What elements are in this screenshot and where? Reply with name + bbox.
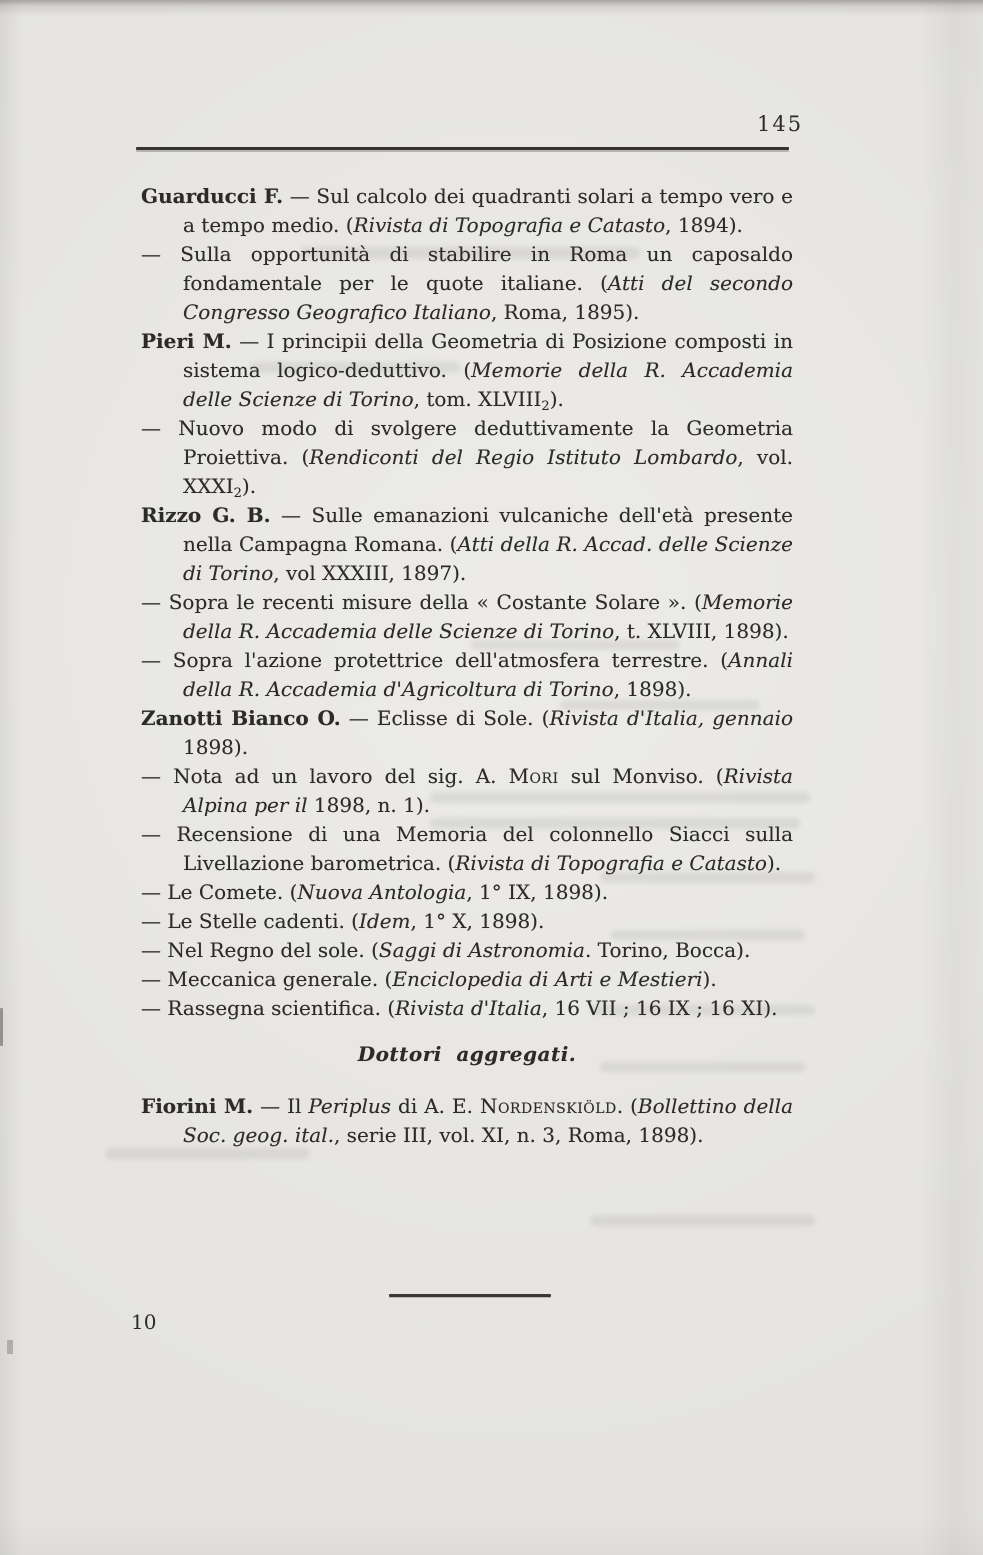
bibliography-entry: — Nel Regno del sole. (Saggi di Astronom… [141,936,793,965]
work-title: Rivista di Topografia e Catasto [455,851,767,875]
entry-text: ). [550,387,564,411]
header-rule [136,147,789,150]
bleed-through-artifact [590,1215,815,1226]
subscript-number: 2 [541,399,549,414]
entry-text: — Meccanica generale. ( [141,967,392,991]
entry-text: , vol XXXIII, 1897). [273,561,466,585]
scanned-page: 145 Guarducci F. — Sul calcolo dei quadr… [0,0,983,1555]
bibliography-entry: Rizzo G. B. — Sulle emanazioni vulcanich… [141,501,793,588]
bibliography-entry: — Recensione di una Memoria del colonnel… [141,820,793,878]
bibliography-entry: — Nota ad un lavoro del sig. A. Mori sul… [141,762,793,820]
subscript-number: 2 [234,486,242,501]
text-column: Guarducci F. — Sul calcolo dei quadranti… [141,182,793,1150]
entry-text: , 1° X, 1898). [411,909,545,933]
entry-text: , 16 VII ; 16 IX ; 16 XI). [542,996,778,1020]
author-name: Zanotti Bianco O. [141,706,341,730]
bibliography-entry: Guarducci F. — Sul calcolo dei quadranti… [141,182,793,240]
entry-text: 1898). [183,735,248,759]
entry-text: . Torino, Bocca). [585,938,750,962]
author-name: Guarducci F. [141,184,283,208]
entry-text: , Roma, 1895). [491,300,639,324]
work-title: Rivista d'Italia [395,996,542,1020]
bibliography-entry: — Rassegna scientifica. (Rivista d'Itali… [141,994,793,1023]
entry-text: , 1894). [665,213,743,237]
work-title: Saggi di Astronomia [379,938,585,962]
entry-text: — Sopra l'azione protettrice dell'atmosf… [141,648,728,672]
bibliography-entry: Zanotti Bianco O. — Eclisse di Sole. (Ri… [141,704,793,762]
entry-text: ). [242,474,256,498]
entry-text: , t. XLVIII, 1898). [614,619,789,643]
entry-text: 1898, n. 1). [308,793,430,817]
person-name-smallcaps: Mori [509,764,559,788]
entry-text: — Le Comete. ( [141,880,297,904]
work-title: Rivista d'Italia, gennaio [549,706,793,730]
entry-text: ). [703,967,717,991]
entry-text: sul Monviso. ( [559,764,724,788]
page-number: 145 [757,112,803,136]
work-title: Idem [359,909,411,933]
section-heading: Dottori aggregati. [141,1040,793,1069]
entry-text: di A. E. [391,1094,480,1118]
entry-text: , 1° IX, 1898). [466,880,608,904]
work-title: Periplus [308,1094,391,1118]
work-title: Nuova Antologia [297,880,466,904]
entry-text: — Eclisse di Sole. ( [341,706,550,730]
work-title: Rendiconti del Regio Istituto Lombardo [309,445,737,469]
bibliography-entry: Pieri M. — I principii della Geometria d… [141,327,793,414]
entry-text: — Nota ad un lavoro del sig. A. [141,764,509,788]
bibliography-entry: — Le Stelle cadenti. (Idem, 1° X, 1898). [141,907,793,936]
entry-text: , serie III, vol. XI, n. 3, Roma, 1898). [334,1123,703,1147]
bibliography-entry: Fiorini M. — Il Periplus di A. E. Norden… [141,1092,793,1150]
scan-artifact [0,1008,3,1046]
bibliography-entry: — Sopra l'azione protettrice dell'atmosf… [141,646,793,704]
addenda-list: Fiorini M. — Il Periplus di A. E. Norden… [141,1092,793,1150]
bibliography-entry: — Le Comete. (Nuova Antologia, 1° IX, 18… [141,878,793,907]
entry-text: ). [767,851,781,875]
author-name: Pieri M. [141,329,232,353]
entry-text: , tom. XLVIII [414,387,542,411]
entry-text: — Rassegna scientifica. ( [141,996,395,1020]
entry-text: . ( [617,1094,638,1118]
author-name: Fiorini M. [141,1094,253,1118]
end-rule [389,1294,551,1297]
bibliography-entry: — Nuovo modo di svolgere deduttivamente … [141,414,793,501]
entry-text: , 1898). [614,677,692,701]
scan-artifact [7,1340,13,1354]
bibliography-entry: — Sopra le recenti misure della « Costan… [141,588,793,646]
entry-text: — Il [253,1094,308,1118]
bibliography-entry: — Sulla opportunità di stabilire in Roma… [141,240,793,327]
bibliography-entry: — Meccanica generale. (Enciclopedia di A… [141,965,793,994]
bibliography-list: Guarducci F. — Sul calcolo dei quadranti… [141,182,793,1023]
work-title: Rivista di Topografia e Catasto [354,213,666,237]
work-title: Enciclopedia di Arti e Mestieri [392,967,702,991]
person-name-smallcaps: Nordenskiöld [480,1094,617,1118]
signature-number: 10 [131,1310,156,1334]
author-name: Rizzo G. B. [141,503,271,527]
entry-text: — Nel Regno del sole. ( [141,938,379,962]
entry-text: — Sopra le recenti misure della « Costan… [141,590,702,614]
entry-text: — Le Stelle cadenti. ( [141,909,359,933]
